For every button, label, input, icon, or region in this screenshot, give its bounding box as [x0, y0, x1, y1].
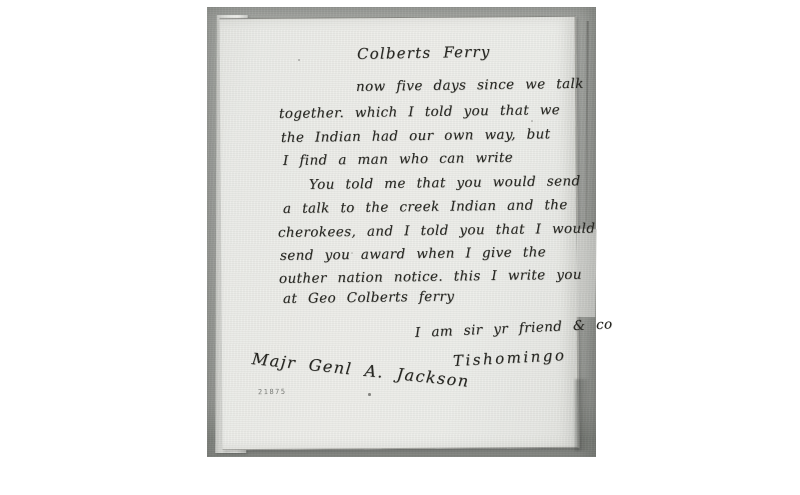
archival-number-stamp: 21875: [258, 388, 287, 396]
signature-line: Tishomingo: [453, 346, 567, 370]
body-line-5: You told me that you would send: [309, 173, 581, 193]
heading-line: Colberts Ferry: [357, 43, 491, 63]
body-line-4: I find a man who can write: [283, 150, 513, 169]
photograph: Colberts Ferrynow five days since we tal…: [207, 7, 596, 457]
scanned-letter-page: Colberts Ferrynow five days since we tal…: [0, 0, 800, 495]
body-line-2: together. which I told you that we: [279, 102, 560, 122]
ink-speck: [531, 120, 533, 122]
body-line-9: outher nation notice. this I write you: [279, 267, 582, 287]
body-line-8: send you award when I give the: [280, 244, 546, 264]
addressee-line: Majr Genl A. Jackson: [251, 349, 471, 391]
ink-speck: [351, 252, 353, 254]
body-line-6: a talk to the creek Indian and the: [283, 197, 568, 217]
body-line-10: at Geo Colberts ferry: [283, 289, 455, 307]
body-line-7: cherokees, and I told you that I would: [278, 221, 596, 241]
closing-line: I am sir yr friend & co: [415, 316, 613, 341]
body-line-1: now five days since we talk: [356, 76, 584, 95]
ink-speck: [368, 393, 371, 396]
body-line-3: the Indian had our own way, but: [281, 126, 551, 146]
ink-speck: [298, 59, 300, 61]
